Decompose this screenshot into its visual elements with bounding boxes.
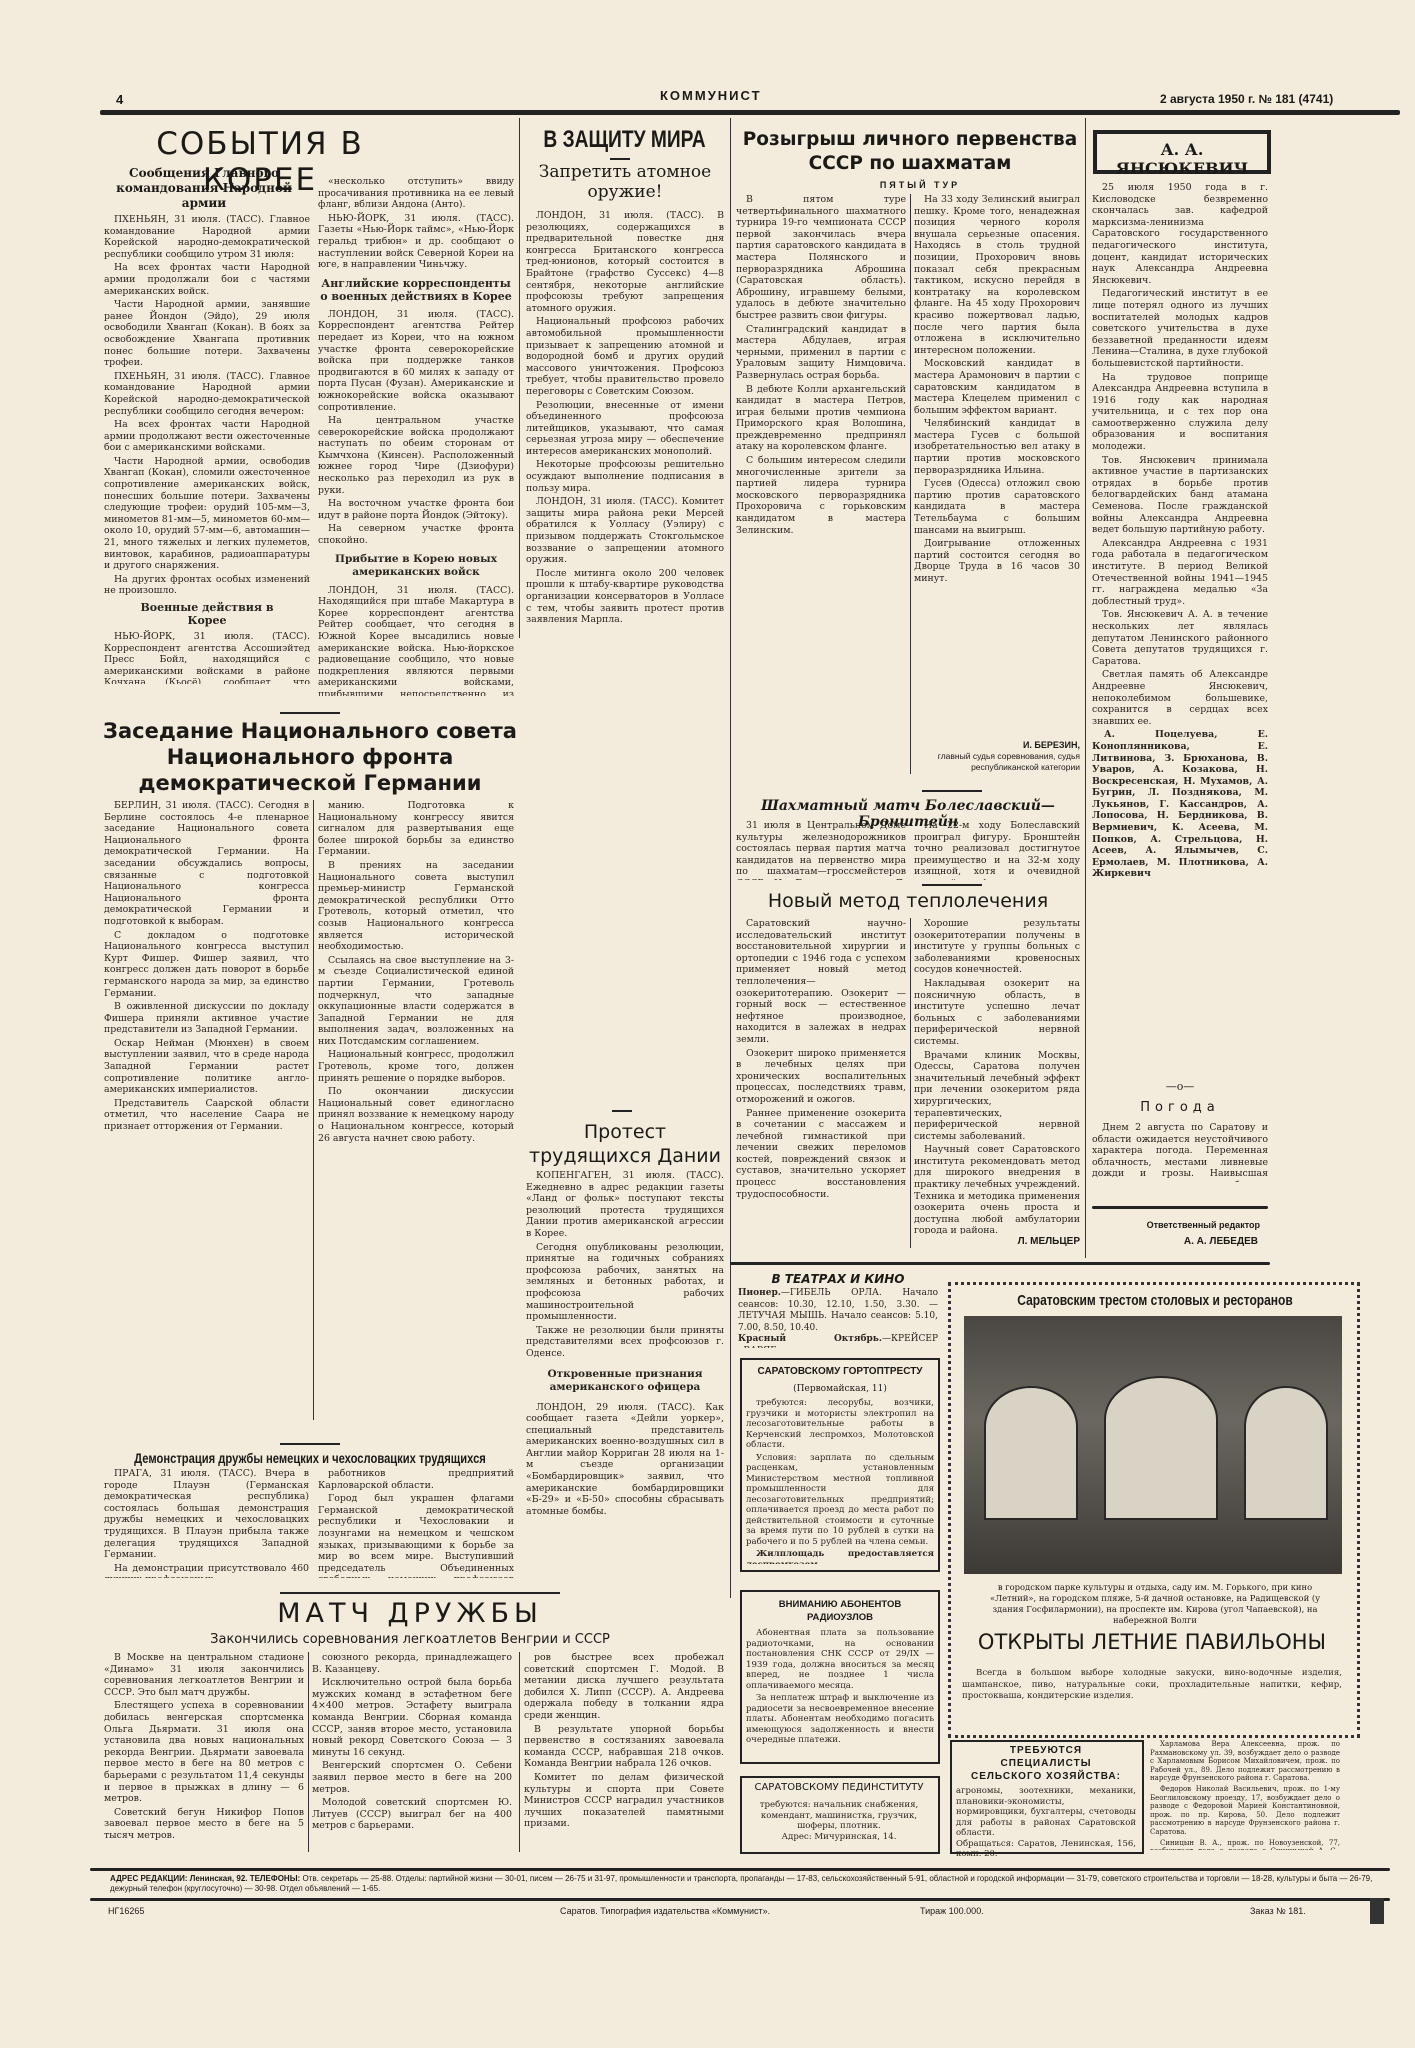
ped-text: требуются: начальник снабжения, комендан… (746, 1800, 932, 1842)
chess-p3: В дебюте Колли архангельский кандидат в … (736, 384, 906, 454)
match-article-col1: 31 июля в Центральном Доме культуры желе… (736, 820, 906, 880)
peace-title: В ЗАЩИТУ МИРА (543, 126, 707, 154)
peace-p5: ЛОНДОН, 31 июля. (ТАСС). Комитет защиты … (526, 496, 724, 566)
agri-title-3: СЕЛЬСКОГО ХОЗЯЙСТВА: (952, 1770, 1140, 1783)
column-divider (1085, 118, 1086, 1258)
korea-p3: Части Народной армии, занявшие ранее Йон… (104, 299, 310, 369)
print-mark (1370, 1898, 1384, 1924)
korea-subtitle: Сообщения Главного командования Народной… (104, 166, 304, 211)
editor-name: А. А. ЛЕБЕДЕВ (1100, 1236, 1258, 1247)
separator (280, 1443, 340, 1445)
heat-article-col2: Хорошие результаты озокеритотерапии полу… (914, 918, 1080, 1234)
column-divider (910, 918, 911, 1248)
obituary-p3: На трудовое поприще Александра Андреевна… (1092, 372, 1268, 453)
denmark-p4: ЛОНДОН, 29 июля. (ТАСС). Как сообщает га… (526, 1402, 724, 1518)
heat-p2: Озокерит широко применяется в лечебных ц… (736, 1048, 906, 1106)
korea-article-col1: ПХЕНЬЯН, 31 июля. (ТАСС). Главное команд… (104, 214, 310, 684)
agri-title-2: СПЕЦИАЛИСТЫ (952, 1757, 1140, 1770)
sport-col3-p3: Комитет по делам физической культуры и с… (524, 1772, 724, 1830)
korea-subhead-arrival: Прибытие в Корею новых американских войс… (328, 553, 504, 579)
restaurant-header: Саратовским трестом столовых и ресторано… (999, 1292, 1311, 1309)
weather-rule (1092, 1206, 1268, 1209)
separator (280, 1592, 560, 1594)
korea-p5: На всех фронтах части Народной армии про… (104, 419, 310, 454)
obituary-article: 25 июля 1950 года в г. Кисловодске безвр… (1092, 182, 1268, 922)
demo-col2-p2: Город был украшен флагами Германской дем… (318, 1493, 514, 1578)
column-divider (910, 194, 911, 774)
obituary-signatories: А. Поцелуева, Е. Коноплянникова, Е. Литв… (1092, 729, 1268, 880)
germany-col2-p5: По окончании дискуссии Национальный сове… (318, 1086, 514, 1144)
page-number: 4 (116, 92, 123, 107)
heat-p1: Саратовский научно-исследовательский инс… (736, 918, 906, 1046)
match-p1: 31 июля в Центральном Доме культуры желе… (736, 820, 906, 880)
restaurant-locations: в городском парке культуры и отдыха, сад… (980, 1582, 1330, 1626)
chess-article-col2: На 33 ходу Зелинский выиграл пешку. Кром… (914, 194, 1080, 724)
sport-col2-p4: Молодой советский спортсмен Ю. Литуев (С… (312, 1797, 512, 1832)
denmark-p2: Сегодня опубликованы резолюции, принятые… (526, 1242, 724, 1323)
peace-p3: Резолюции, внесенные от имени объединенн… (526, 400, 724, 458)
gortop-title: САРАТОВСКОМУ ГОРТОПТРЕСТУ (744, 1366, 936, 1377)
heat-col2-p1: Хорошие результаты озокеритотерапии полу… (914, 918, 1080, 976)
korea-p7: На других фронтах особых изменений не пр… (104, 574, 310, 597)
sport-p1: В Москве на центральном стадионе «Динамо… (104, 1652, 304, 1698)
demo-article-col2: работников предприятий Карловарской обла… (318, 1468, 514, 1578)
heat-col2-p2: Накладывая озокерит на поясничную област… (914, 978, 1080, 1048)
footer-address: АДРЕС РЕДАКЦИИ: Ленинская, 92. ТЕЛЕФОНЫ: (110, 1874, 300, 1883)
column-divider (730, 118, 731, 1598)
radio-text: Абонентная плата за пользование радиоточ… (746, 1628, 934, 1756)
pavilion-arch (1104, 1376, 1218, 1520)
germany-p1: БЕРЛИН, 31 июля. (ТАСС). Сегодня в Берли… (104, 800, 309, 928)
chess-col2-p1: На 33 ходу Зелинский выиграл пешку. Кром… (914, 194, 1080, 356)
column-divider (308, 1652, 309, 1852)
obituary-p7: Светлая память об Александре Андреевне Я… (1092, 669, 1268, 727)
divorce-notices: Харламова Вера Алексеевна, прож. по Рахм… (1150, 1740, 1340, 1850)
germany-p2: С докладом о подготовке Национального ко… (104, 930, 309, 1000)
footer-top-rule (90, 1868, 1390, 1871)
sport-col3-p1: ров быстрее всех пробежал советский спор… (524, 1652, 724, 1722)
chess-signature-role: главный судья соревнования, судья респуб… (914, 751, 1080, 773)
peace-p4: Некоторые профсоюзы решительно осуждают … (526, 459, 724, 494)
divorce-p1: Харламова Вера Алексеевна, прож. по Рахм… (1150, 1740, 1340, 1783)
venue-october: Красный Октябрь. (738, 1334, 882, 1344)
sport-article-col1: В Москве на центральном стадионе «Динамо… (104, 1652, 304, 1852)
theatre-pioneer: Пионер.—ГИБЕЛЬ ОРЛА. Начало сеансов: 10.… (738, 1288, 938, 1334)
separator (612, 1110, 632, 1112)
masthead-rule (100, 110, 1400, 115)
footer-info: АДРЕС РЕДАКЦИИ: Ленинская, 92. ТЕЛЕФОНЫ:… (110, 1874, 1380, 1894)
heat-title: Новый метод теплолечения (736, 890, 1080, 912)
radio-title: ВНИМАНИЮ АБОНЕНТОВ РАДИОУЗЛОВ (770, 1598, 910, 1624)
germany-col2-p4: Национальный конгресс, продолжил Гротево… (318, 1049, 514, 1084)
chess-signature: И. БЕРЕЗИН, главный судья соревнования, … (914, 740, 1080, 773)
gortop-address: (Первомайская, 11) (744, 1384, 936, 1394)
demo-col2-p1: работников предприятий Карловарской обла… (318, 1468, 514, 1491)
korea-p2: На всех фронтах части Народной армии про… (104, 262, 310, 297)
chess-round: ПЯТЫЙ ТУР (820, 180, 1020, 190)
chess-title: Розыгрыш личного первенства СССР по шахм… (740, 128, 1080, 176)
demo-p2: На демонстрации присутствовало 460 лучши… (104, 1563, 309, 1578)
theatre-listings: Пионер.—ГИБЕЛЬ ОРЛА. Начало сеансов: 10.… (738, 1288, 938, 1348)
germany-col2-p2: В прениях на заседании Национального сов… (318, 860, 514, 953)
column-divider (519, 1652, 520, 1852)
germany-col2-p1: манию. Подготовка к Национальному конгре… (318, 800, 514, 858)
peace-p2: Национальный профсоюз рабочих автомобиль… (526, 316, 724, 397)
gortop-text: требуются: лесорубы, возчики, грузчики и… (746, 1398, 934, 1564)
obituary-p5: Александра Андреевна с 1931 года работал… (1092, 538, 1268, 608)
sport-col2-p2: Исключительно острой была борьба мужских… (312, 1677, 512, 1758)
printer-info: Саратов. Типография издательства «Коммун… (560, 1906, 770, 1916)
denmark-article: КОПЕНГАГЕН, 31 июля. (ТАСС). Ежедневно в… (526, 1170, 724, 1580)
germany-col2-p3: Ссылаясь на свое выступление на 3-м съез… (318, 955, 514, 1048)
denmark-title: Протест трудящихся Дании (526, 1120, 724, 1168)
korea-col2-p3: ЛОНДОН, 31 июля. (ТАСС). Корреспондент а… (318, 309, 514, 413)
sport-p2: Блестящего успеха в соревновании добилас… (104, 1700, 304, 1804)
peace-article: ЛОНДОН, 31 июля. (ТАСС). В резолюциях, с… (526, 210, 724, 1095)
agri-p1: агрономы, зоотехники, механики, плановик… (956, 1786, 1136, 1839)
korea-p6: Части Народной армии, освободив Хвангап … (104, 456, 310, 572)
obituary-p2: Педагогический институт в ее лице потеря… (1092, 288, 1268, 369)
ads-top-rule (730, 1262, 1270, 1265)
korea-p1: ПХЕНЬЯН, 31 июля. (ТАСС). Главное команд… (104, 214, 310, 260)
sport-article-col2: союзного рекорда, принадлежащего В. Каза… (312, 1652, 512, 1852)
pavilion-arch (984, 1386, 1078, 1520)
chess-col2-p5: Доигрывание отложенных партий состоится … (914, 538, 1080, 584)
korea-p4: ПХЕНЬЯН, 31 июля. (ТАСС). Главное команд… (104, 371, 310, 417)
sport-col3-p2: В результате упорной борьбы первенство в… (524, 1724, 724, 1770)
korea-subhead-english: Английские корреспонденты о военных дейс… (318, 277, 514, 303)
order-number: Заказ № 181. (1250, 1906, 1306, 1916)
germany-p4: Оскар Нейман (Мюнхен) в своем выступлени… (104, 1038, 309, 1096)
peace-p6: После митинга около 200 человек прошли к… (526, 568, 724, 626)
chess-p2: Сталинградский кандидат в мастера Абдула… (736, 324, 906, 382)
denmark-p3: Также не резолюции были приняты представ… (526, 1325, 724, 1360)
obituary-p6: Тов. Янсюкевич А. А. в течение нескольки… (1092, 609, 1268, 667)
theatre-title: В ТЕАТРАХ И КИНО (738, 1272, 938, 1286)
sport-col2-p1: союзного рекорда, принадлежащего В. Каза… (312, 1652, 512, 1675)
chess-signature-name: И. БЕРЕЗИН, (914, 740, 1080, 751)
sport-subtitle: Закончились соревнования легкоатлетов Ве… (100, 1632, 720, 1647)
sport-title: МАТЧ ДРУЖБЫ (100, 1598, 720, 1629)
officer-subhead: Откровенные признания американского офиц… (530, 1368, 720, 1394)
gortop-p2: Условия: зарплата по сдельным расценкам,… (746, 1453, 934, 1548)
heat-article-col1: Саратовский научно-исследовательский инс… (736, 918, 906, 1248)
sport-p3: Советский бегун Никифор Попов завоевал п… (104, 1807, 304, 1842)
korea-article-col2: «несколько отступить» ввиду просачивания… (318, 176, 514, 696)
issue-date: 2 августа 1950 г. № 181 (4741) (1160, 92, 1333, 106)
newspaper-name: КОММУНИСТ (660, 88, 762, 103)
denmark-p1: КОПЕНГАГЕН, 31 июля. (ТАСС). Ежедневно в… (526, 1170, 724, 1240)
chess-p1: В пятом туре четвертьфинального шахматно… (736, 194, 906, 322)
ped-address: Адрес: Мичуринская, 14. (746, 1832, 932, 1843)
weather-text: Днем 2 августа по Саратову и области ожи… (1092, 1122, 1268, 1182)
peace-subtitle: Запретить атомное оружие! (530, 162, 720, 202)
separator (922, 790, 982, 792)
divorce-p3: Синицын В. А., прож. по Новоузенской, 77… (1150, 1839, 1340, 1850)
match-article-col2: На 22-м ходу Болеславский проиграл фигур… (914, 820, 1080, 880)
chess-article-col1: В пятом туре четвертьфинального шахматно… (736, 194, 906, 774)
weather-title: Погода (1092, 1100, 1268, 1115)
separator (922, 884, 982, 886)
korea-subhead-military: Военные действия в Корее (124, 601, 290, 627)
obituary-p4: Тов. Янсюкевич принимала активное участи… (1092, 455, 1268, 536)
peace-p1: ЛОНДОН, 31 июля. (ТАСС). В резолюциях, с… (526, 210, 724, 314)
separator (280, 712, 340, 714)
heat-col2-p4: Научный совет Саратовского института рек… (914, 1144, 1080, 1234)
column-divider (313, 800, 314, 1420)
circulation: Тираж 100.000. (920, 1906, 984, 1916)
editor-label: Ответственный редактор (1100, 1220, 1260, 1230)
column-divider (519, 118, 520, 638)
censor-code: НГ16265 (108, 1906, 144, 1916)
sport-col2-p3: Венгерский спортсмен О. Себени заявил пе… (312, 1760, 512, 1795)
demo-article-col1: ПРАГА, 31 июля. (ТАСС). Вчера в городе П… (104, 1468, 309, 1578)
footer-phones: Отв. секретарь — 25-88. Отделы: партийно… (110, 1874, 1372, 1893)
match-p2: На 22-м ходу Болеславский проиграл фигур… (914, 820, 1080, 880)
korea-col2-p6: На северном участке фронта спокойно. (318, 523, 514, 546)
germany-article-col2: манию. Подготовка к Национальному конгре… (318, 800, 514, 1420)
radio-p1: Абонентная плата за пользование радиоточ… (746, 1628, 934, 1691)
venue-pioneer: Пионер. (738, 1288, 781, 1298)
chess-p4: С большим интересом следили многочисленн… (736, 455, 906, 536)
germany-title: Заседание Национального совета Националь… (100, 718, 520, 796)
chess-col2-p3: Челябинский кандидат в мастера Гусев с б… (914, 418, 1080, 476)
ped-p1: требуются: начальник снабжения, комендан… (746, 1800, 932, 1832)
heat-signature: Л. МЕЛЬЦЕР (914, 1236, 1080, 1247)
korea-col2-p1: «несколько отступить» ввиду просачивания… (318, 176, 514, 211)
heat-col2-p3: Врачами клиник Москвы, Одессы, Саратова … (914, 1050, 1080, 1143)
restaurant-text: Всегда в большом выборе холодные закуски… (962, 1668, 1342, 1703)
restaurant-title: ОТКРЫТЫ ЛЕТНИЕ ПАВИЛЬОНЫ (960, 1630, 1344, 1654)
theatre-october: Красный Октябрь.—КРЕЙСЕР «ВАРЯГ». (738, 1334, 938, 1348)
germany-article-col1: БЕРЛИН, 31 июля. (ТАСС). Сегодня в Берли… (104, 800, 309, 1420)
korea-p8: НЬЮ-ЙОРК, 31 июля. (ТАСС). Корреспондент… (104, 631, 310, 684)
agri-text: агрономы, зоотехники, механики, плановик… (956, 1786, 1136, 1860)
heat-p3: Раннее применение озокерита в сочетании … (736, 1108, 906, 1201)
obituary-p1: 25 июля 1950 года в г. Кисловодске безвр… (1092, 182, 1268, 286)
ped-title: САРАТОВСКОМУ ПЕДИНСТИТУТУ (744, 1782, 934, 1793)
agri-p2: Обращаться: Саратов, Ленинская, 156, ком… (956, 1839, 1136, 1860)
germany-p5: Представитель Саарской области отметил, … (104, 1098, 309, 1133)
obituary-title: А. А. ЯНСЮКЕВИЧ (1097, 140, 1267, 178)
pavilion-arch (1244, 1386, 1328, 1520)
germany-p3: В оживленной дискуссии по докладу Фишера… (104, 1001, 309, 1036)
agri-title: ТРЕБУЮТСЯ СПЕЦИАЛИСТЫ СЕЛЬСКОГО ХОЗЯЙСТВ… (952, 1744, 1140, 1783)
radio-p2: За неплатеж штраф и выключение из радиос… (746, 1693, 934, 1746)
gortop-p1: требуются: лесорубы, возчики, грузчики и… (746, 1398, 934, 1451)
korea-col2-p5: На восточном участке фронта бои идут в р… (318, 498, 514, 521)
agri-title-1: ТРЕБУЮТСЯ (952, 1744, 1140, 1757)
chess-col2-p2: Московский кандидат в мастера Арамонович… (914, 358, 1080, 416)
weather-ornament: —o— (1150, 1080, 1210, 1093)
demo-title: Демонстрация дружбы немецких и чехослова… (126, 1450, 494, 1466)
gortop-p3: Жилплощадь предоставляется леспромхозом. (746, 1549, 934, 1564)
chess-col2-p4: Гусев (Одесса) отложил свою партию проти… (914, 478, 1080, 536)
separator (610, 158, 630, 160)
footer-bottom-rule (90, 1898, 1390, 1901)
sport-article-col3: ров быстрее всех пробежал советский спор… (524, 1652, 724, 1852)
demo-p1: ПРАГА, 31 июля. (ТАСС). Вчера в городе П… (104, 1468, 309, 1561)
divorce-p2: Федоров Николай Васильевич, прож. по 1-м… (1150, 1785, 1340, 1837)
pavilion-photo (964, 1316, 1342, 1574)
korea-col2-p4: На центральном участке северокорейские в… (318, 415, 514, 496)
korea-col2-p7: ЛОНДОН, 31 июля. (ТАСС). Находящийся при… (318, 585, 514, 696)
korea-col2-p2: НЬЮ-ЙОРК, 31 июля. (ТАСС). Газеты «Нью-Й… (318, 213, 514, 271)
